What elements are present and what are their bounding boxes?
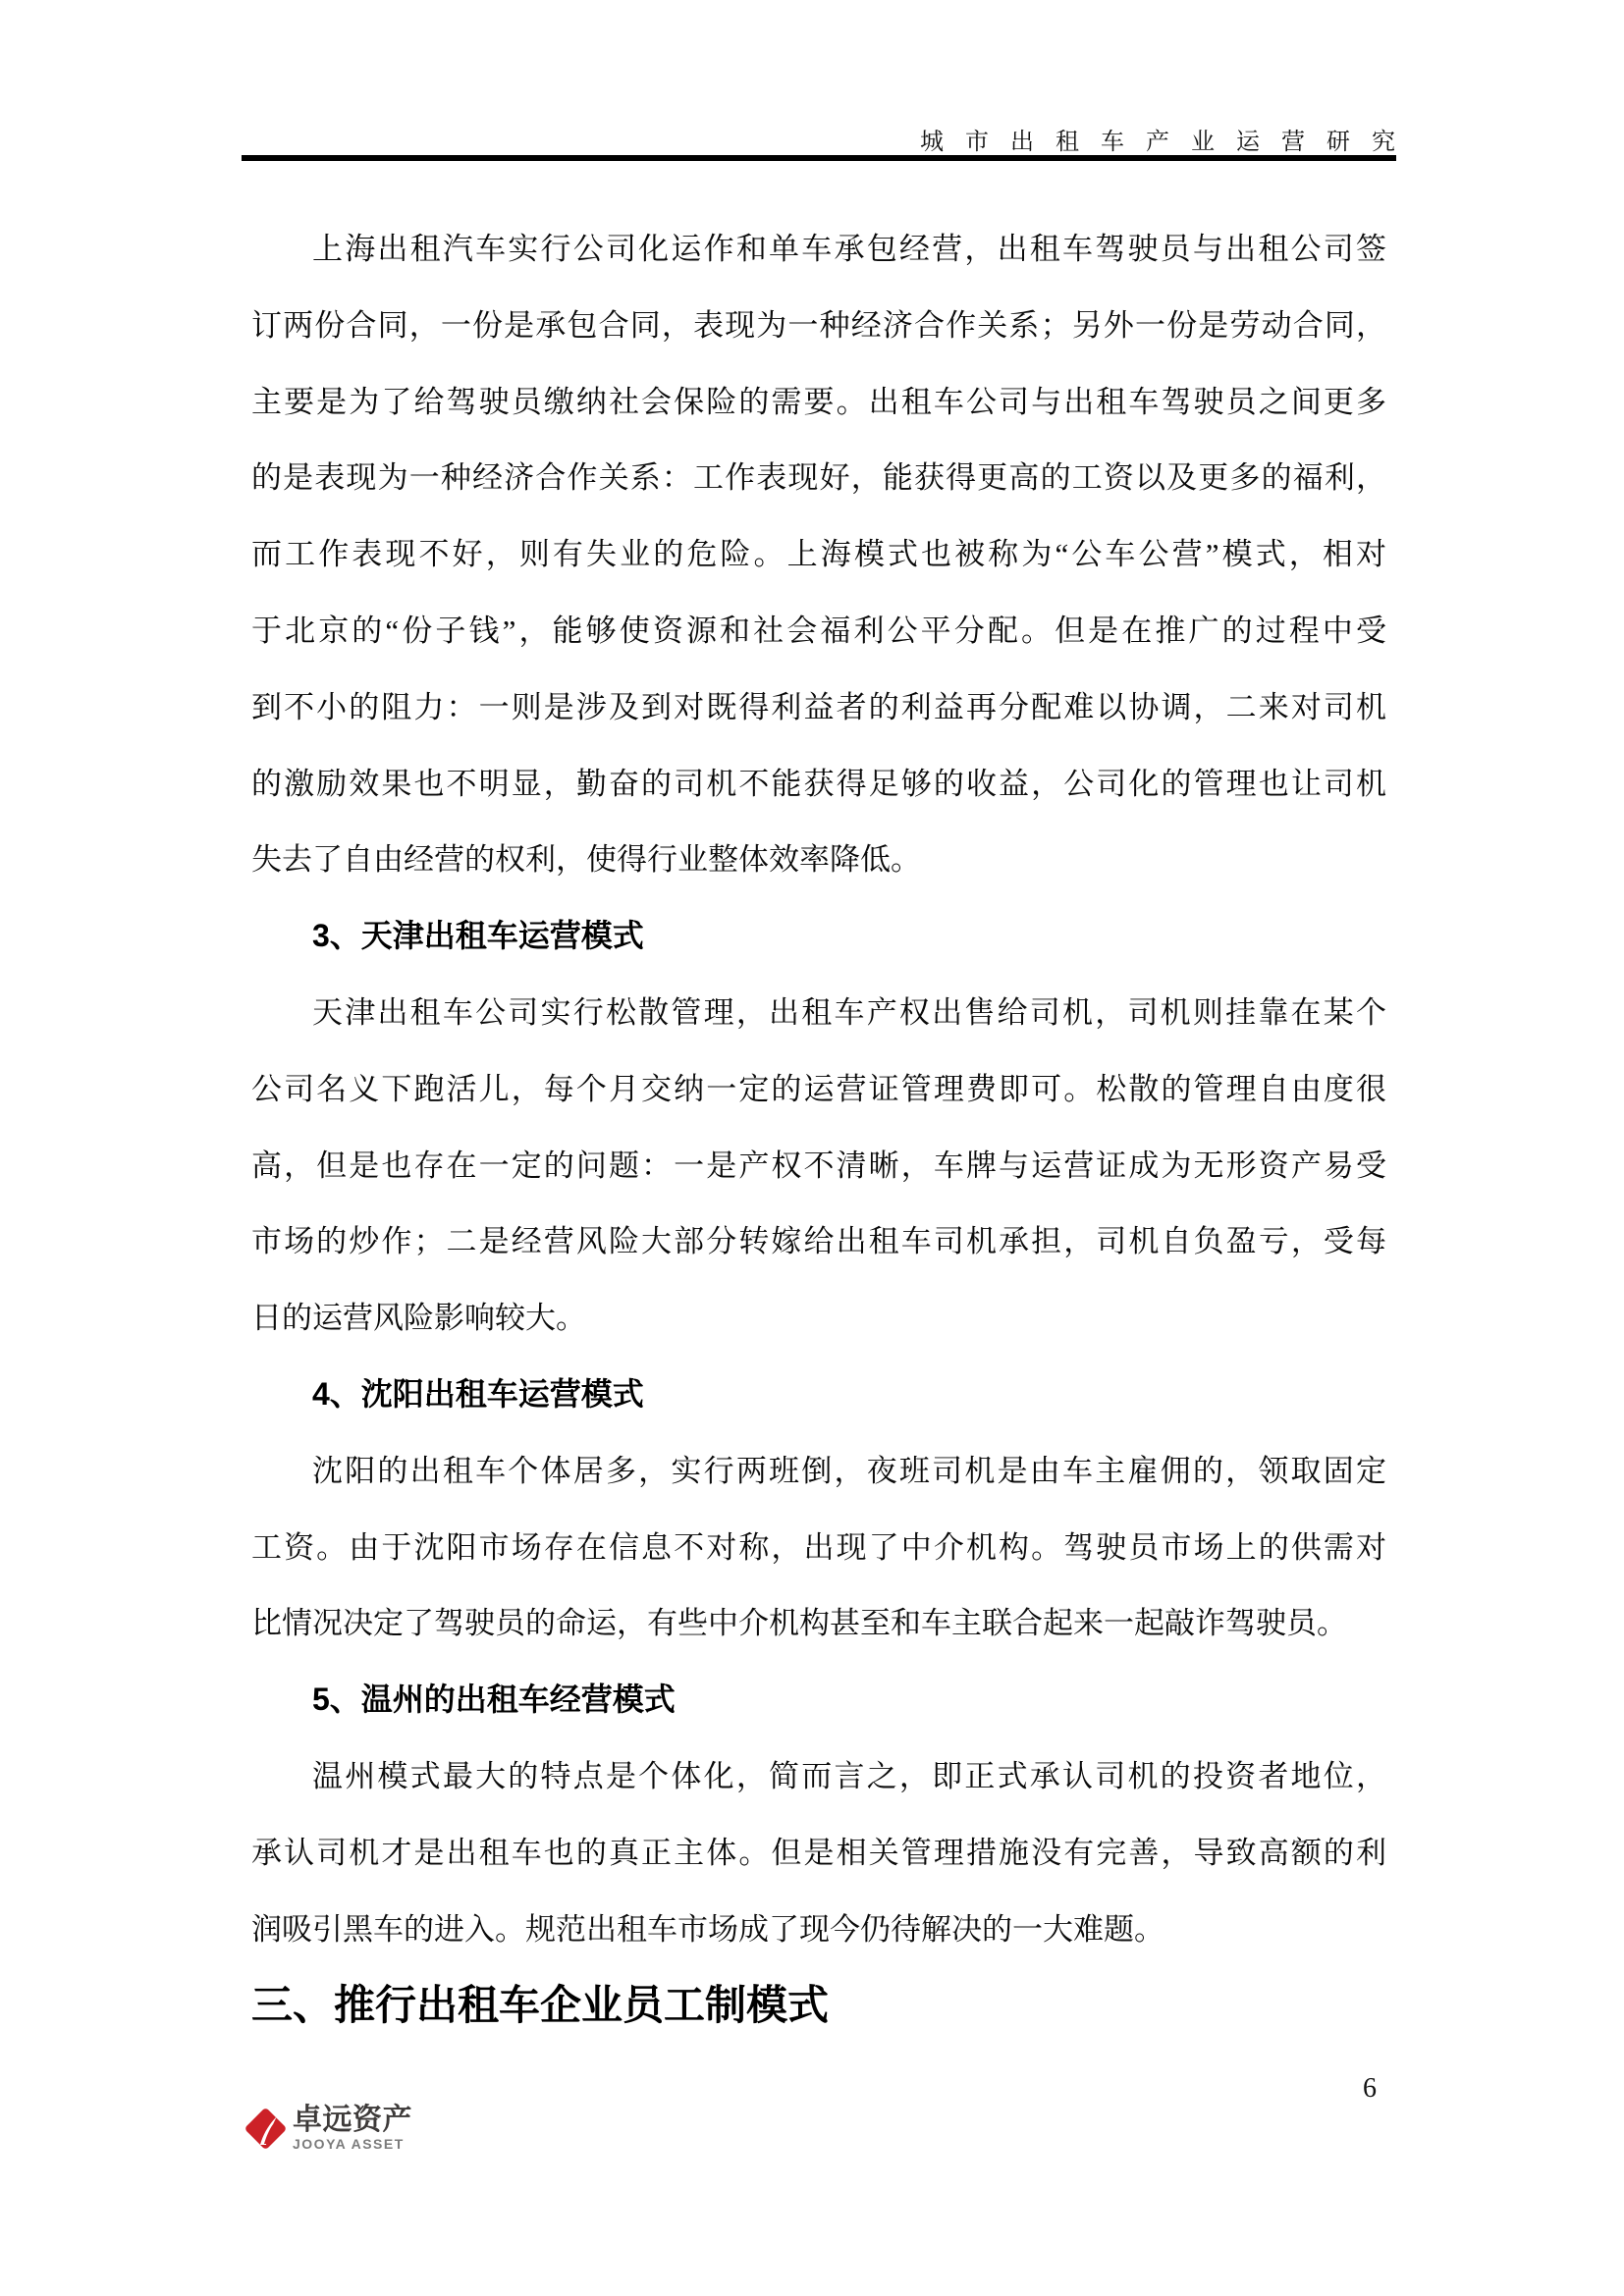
paragraph-line: 而工作表现不好，则有失业的危险。上海模式也被称为“公车公营”模式，相对	[251, 516, 1386, 593]
paragraph-line: 订两份合同，一份是承包合同，表现为一种经济合作关系；另外一份是劳动合同，	[251, 288, 1386, 364]
logo-name-en: JOOYA ASSET	[293, 2136, 412, 2152]
logo-name-cn: 卓远资产	[293, 2105, 412, 2136]
sub-heading: 5、温州的出租车经营模式	[251, 1662, 1386, 1738]
paragraph-line: 比情况决定了驾驶员的命运，有些中介机构甚至和车主联合起来一起敲诈驾驶员。	[251, 1585, 1386, 1662]
jooya-logo-icon	[244, 2105, 287, 2158]
jooya-logo-text: 卓远资产 JOOYA ASSET	[293, 2105, 412, 2152]
section-heading: 三、推行出租车企业员工制模式	[251, 1967, 1386, 2044]
paragraph-line: 承认司机才是出租车也的真正主体。但是相关管理措施没有完善，导致高额的利	[251, 1815, 1386, 1892]
document-body: 上海出租汽车实行公司化运作和单车承包经营，出租车驾驶员与出租公司签订两份合同，一…	[251, 211, 1386, 2044]
header-title: 城市出租车产业运营研究	[920, 122, 1417, 156]
paragraph-line: 失去了自由经营的权利，使得行业整体效率降低。	[251, 822, 1386, 898]
paragraph-line: 于北京的“份子钱”，能够使资源和社会福利公平分配。但是在推广的过程中受	[251, 593, 1386, 669]
paragraph-line: 的是表现为一种经济合作关系：工作表现好，能获得更高的工资以及更多的福利，	[251, 440, 1386, 516]
paragraph-line: 主要是为了给驾驶员缴纳社会保险的需要。出租车公司与出租车驾驶员之间更多	[251, 364, 1386, 441]
paragraph-line: 日的运营风险影响较大。	[251, 1280, 1386, 1357]
jooya-logo: 卓远资产 JOOYA ASSET	[244, 2105, 412, 2158]
header-rule	[242, 155, 1396, 161]
paragraph-line: 温州模式最大的特点是个体化，简而言之，即正式承认司机的投资者地位，	[251, 1738, 1386, 1815]
paragraph-line: 润吸引黑车的进入。规范出租车市场成了现今仍待解决的一大难题。	[251, 1892, 1386, 1968]
document-page: 城市出租车产业运营研究 上海出租汽车实行公司化运作和单车承包经营，出租车驾驶员与…	[0, 0, 1624, 2296]
paragraph-line: 天津出租车公司实行松散管理，出租车产权出售给司机，司机则挂靠在某个	[251, 975, 1386, 1051]
page-number: 6	[1363, 2073, 1377, 2105]
sub-heading: 4、沈阳出租车运营模式	[251, 1357, 1386, 1433]
paragraph-line: 沈阳的出租车个体居多，实行两班倒，夜班司机是由车主雇佣的，领取固定	[251, 1433, 1386, 1510]
paragraph-line: 的激励效果也不明显，勤奋的司机不能获得足够的收益，公司化的管理也让司机	[251, 746, 1386, 823]
paragraph-line: 公司名义下跑活儿，每个月交纳一定的运营证管理费即可。松散的管理自由度很	[251, 1051, 1386, 1128]
paragraph-line: 到不小的阻力：一则是涉及到对既得利益者的利益再分配难以协调，二来对司机	[251, 669, 1386, 746]
paragraph-line: 市场的炒作；二是经营风险大部分转嫁给出租车司机承担，司机自负盈亏，受每	[251, 1203, 1386, 1280]
paragraph-line: 上海出租汽车实行公司化运作和单车承包经营，出租车驾驶员与出租公司签	[251, 211, 1386, 288]
paragraph-line: 工资。由于沈阳市场存在信息不对称，出现了中介机构。驾驶员市场上的供需对	[251, 1510, 1386, 1586]
sub-heading: 3、天津出租车运营模式	[251, 898, 1386, 975]
paragraph-line: 高，但是也存在一定的问题：一是产权不清晰，车牌与运营证成为无形资产易受	[251, 1128, 1386, 1204]
